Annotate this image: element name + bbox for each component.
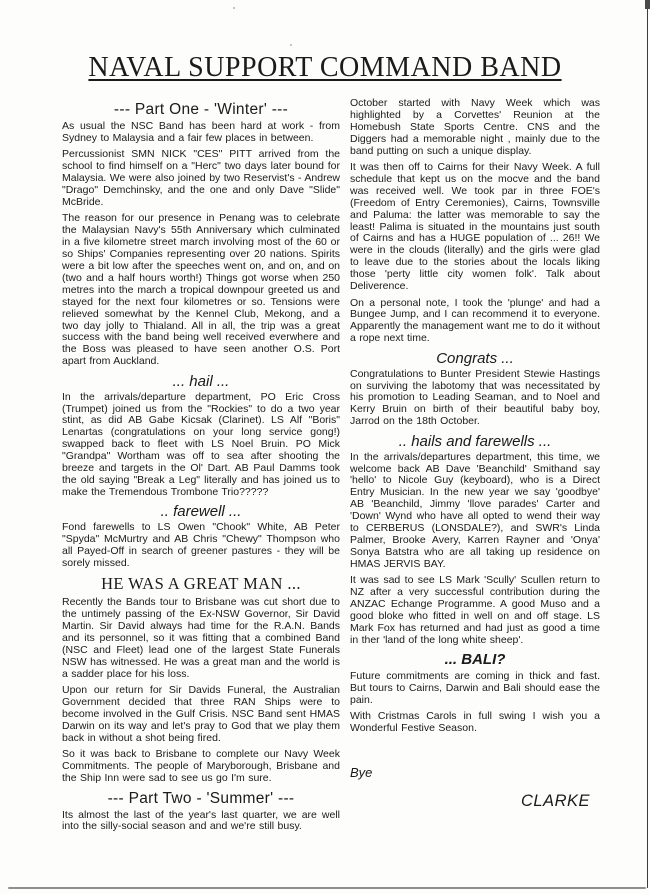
scan-speck (233, 7, 235, 9)
section-heading: ... hail ... (62, 373, 340, 390)
section-heading: ... BALI? (350, 651, 600, 668)
signature-text: CLARKE (350, 792, 590, 811)
section-heading: Congrats ... (350, 350, 600, 367)
paragraph: Its almost the last of the year's last q… (62, 810, 340, 834)
paragraph: Fond farewells to LS Owen "Chook" White,… (62, 522, 340, 570)
page-title: NAVAL SUPPORT COMMAND BAND (0, 0, 650, 84)
paragraph: It was sad to see LS Mark 'Scully' Scull… (350, 575, 600, 646)
scan-corner-mark (645, 0, 650, 9)
paragraph: Future commitments are coming in thick a… (350, 671, 600, 707)
section-heading: .. hails and farewells ... (350, 433, 600, 450)
paragraph: On a personal note, I took the 'plunge' … (350, 298, 600, 346)
two-column-layout: --- Part One - 'Winter' ---As usual the … (62, 98, 600, 838)
left-column: --- Part One - 'Winter' ---As usual the … (62, 98, 340, 838)
section-heading: .. farewell ... (62, 503, 340, 520)
paragraph: Congratulations to Bunter President Stew… (350, 369, 600, 429)
newsletter-page: NAVAL SUPPORT COMMAND BAND --- Part One … (0, 0, 650, 894)
scan-speck (290, 44, 292, 46)
scan-edge-line (647, 6, 649, 888)
paragraph: The reason for our presence in Penang wa… (62, 213, 340, 368)
paragraph: It was then off to Cairns for their Navy… (350, 162, 600, 293)
right-column: October started with Navy Week which was… (350, 98, 600, 838)
section-heading: --- Part One - 'Winter' --- (62, 101, 340, 119)
paragraph: Recently the Bands tour to Brisbane was … (62, 597, 340, 680)
paragraph: Upon our return for Sir Davids Funeral, … (62, 685, 340, 745)
paragraph: In the arrivals/departure department, PO… (62, 392, 340, 499)
paragraph: So it was back to Brisbane to complete o… (62, 749, 340, 785)
section-heading: HE WAS A GREAT MAN ... (62, 574, 340, 594)
paragraph: Percussionist SMN NICK "CES" PITT arrive… (62, 149, 340, 209)
scan-bottom-line (8, 887, 646, 889)
paragraph: October started with Navy Week which was… (350, 98, 600, 158)
paragraph: In the arrivals/departures department, t… (350, 452, 600, 571)
paragraph: As usual the NSC Band has been hard at w… (62, 121, 340, 145)
section-heading: --- Part Two - 'Summer' --- (62, 790, 340, 808)
signoff-text: Bye (350, 765, 600, 780)
paragraph: With Cristmas Carols in full swing I wis… (350, 711, 600, 735)
